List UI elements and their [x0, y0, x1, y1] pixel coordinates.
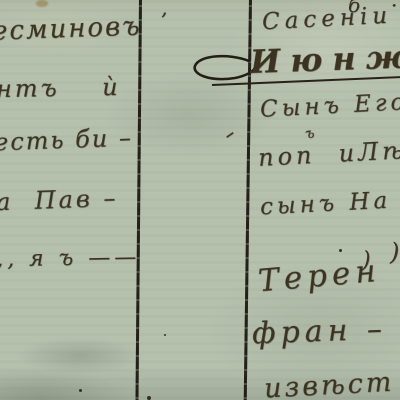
ink-speck: [79, 389, 82, 392]
handwriting-line-left-5: ‚‚ я ъ ——: [0, 245, 140, 273]
heading-word: Июнж: [249, 37, 400, 81]
handwriting-line-left-1: есминовъ: [0, 11, 142, 46]
flourish-paren-mark-right: ): [390, 238, 399, 266]
handwriting-line-left-3: есть би –: [0, 124, 133, 157]
handwriting-name-line: Сасенiи: [261, 3, 392, 36]
ink-speck: [147, 396, 151, 400]
column-rule-left: [135, 0, 142, 400]
handwriting-teren-line: Терен: [257, 253, 382, 300]
handwriting-line-left-2: нтъ ѝ: [0, 73, 121, 103]
stray-ink-stroke: [226, 132, 234, 138]
handwriting-son-line: Сынъ Его: [259, 89, 400, 123]
paper-stain: [36, 0, 48, 7]
handwriting-pop-line: поп иЛѣ: [257, 136, 400, 172]
ink-speck: [164, 334, 166, 336]
gutter-apostrophe-mark: ʼ: [160, 8, 166, 32]
handwriting-fran-line: фран –: [251, 312, 387, 352]
handwriting-izvest-line: извѣст: [263, 367, 395, 400]
handwriting-son2-line: сынъ На: [259, 188, 391, 221]
manuscript-page: есминовъ нтъ ѝ есть би – а Пав – ‚‚ я ъ …: [0, 0, 400, 400]
handwriting-line-left-4: а Пав –: [0, 184, 119, 216]
ink-speck: [339, 249, 342, 252]
